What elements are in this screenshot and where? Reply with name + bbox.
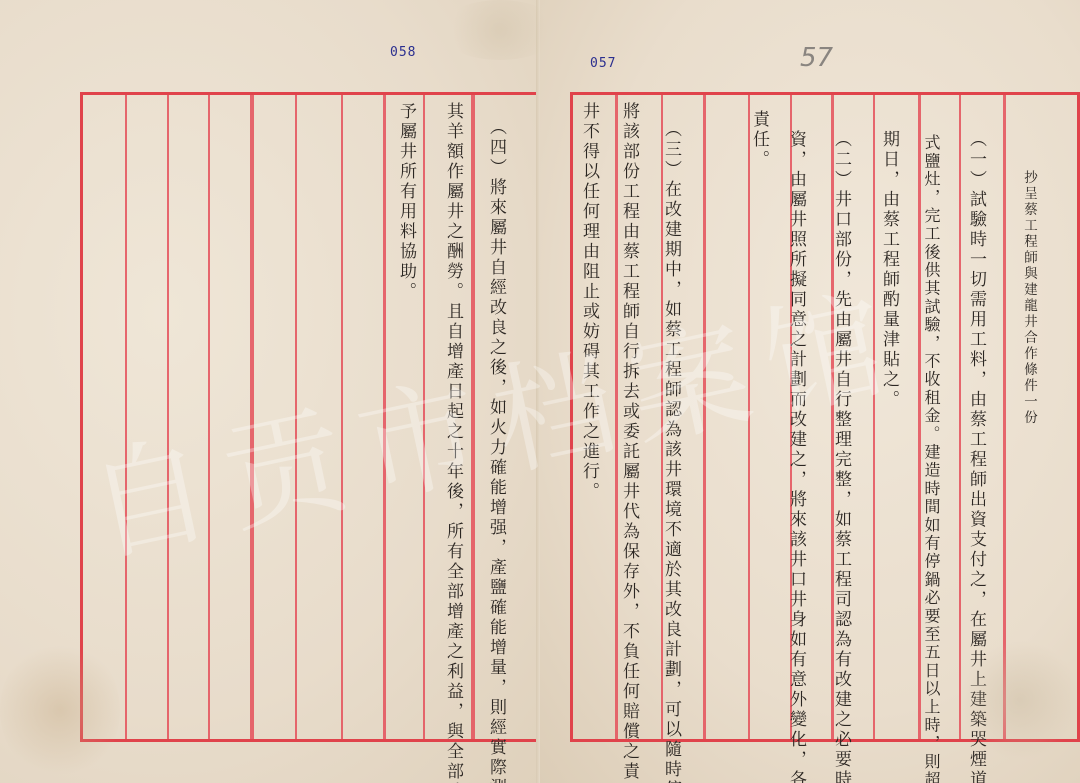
- clause-1-column: 式鹽灶，完工後供其試驗，不收租金。建造時間如有停鍋必要至五日以上時，則超過五日以…: [920, 134, 942, 746]
- left-page-number: 058: [390, 45, 416, 60]
- text-column: 予屬井所有用料協助。: [395, 102, 417, 282]
- clause-2-column: （二）井口部份，先由屬井自行整理完整，如蔡工程司認為有改建之必要時，則由蔡工程師…: [830, 130, 852, 750]
- text-column: （四）將來屬井自經改良之後，如火力確能增强，產鹽確能增量，則經實際測驗其所增之利…: [485, 118, 507, 743]
- right-page-number: 057: [590, 56, 616, 71]
- right-page: 057 57 抄呈蔡工程師與建龍井合作條件一份 （一）試驗時一切需用工料，由蔡工…: [540, 0, 1080, 783]
- clause-2-column: 責任。: [748, 110, 770, 190]
- clause-3-column: 將該部份工程由蔡工程師自行拆去或委託屬井代為保存外，不負任何賠償之責。但自簽約後…: [618, 102, 640, 742]
- clause-3-column: 井不得以任何理由阻止或妨碍其工作之進行。: [578, 102, 600, 432]
- left-page: 058 予屬井所有用料協助。 其羊額作屬井之酬勞。且自增產日起之十年後，所有全部…: [0, 0, 540, 783]
- clause-2-column: 資，由屬井照所擬同意之計劃而改建之，將來該井口井身如有意外變化，各聽天命，各不負…: [785, 130, 807, 750]
- pencil-annotation: 57: [800, 48, 833, 68]
- right-ruled-frame: [570, 92, 1080, 742]
- clause-1-column: 期日，由蔡工程師酌量津貼之。: [878, 130, 900, 330]
- document-title: 抄呈蔡工程師與建龍井合作條件一份: [1018, 170, 1040, 430]
- text-column: 其羊額作屬井之酬勞。且自增產日起之十年後，所有全部增產之利益，與全部改建之工事，…: [442, 102, 464, 742]
- clause-1-column: （一）試驗時一切需用工料，由蔡工程師出資支付之，在屬井上建築哭煙道以及改建或添建…: [965, 130, 987, 750]
- left-ruled-frame: [80, 92, 540, 742]
- clause-3-column: （三）在改建期中，如蔡工程師認為該井環境不適於其改良計劃，可以隨時停止或拆卸之，…: [660, 120, 682, 740]
